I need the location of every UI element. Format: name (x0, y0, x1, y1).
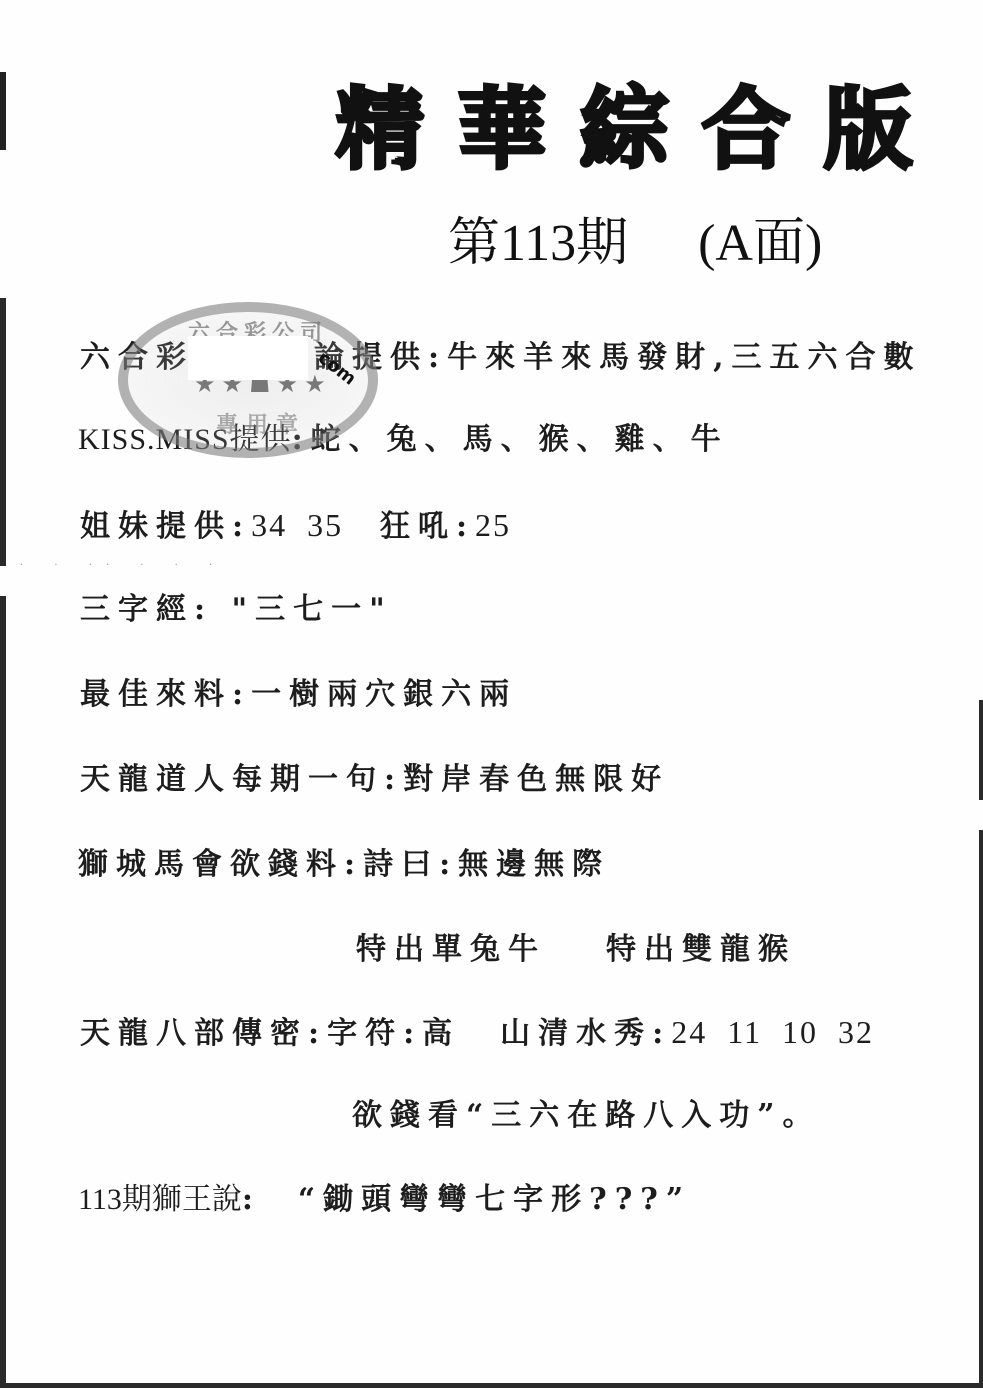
tip-label: 六合彩 (80, 340, 194, 375)
tip-label: 三字經 (80, 592, 194, 627)
tip-text: 欲錢看“三六在路八入功”。 (352, 1098, 821, 1133)
issue-side: (A面) (698, 215, 822, 272)
tip-text: "三七一" (232, 592, 393, 627)
tip-line-3: 姐妹提供:34 35 狂吼:25 (80, 505, 511, 547)
scan-border-left (0, 596, 6, 1388)
issue-heading: 第113期(A面) (448, 212, 822, 276)
tip-text: 詩曰:無邊無際 (363, 847, 610, 882)
tip-line-6: 天龍道人每期一句:對岸春色無限好 (80, 760, 669, 800)
tip-line-7: 獅城馬會欲錢料:詩曰:無邊無際 (78, 845, 610, 885)
tip-text: 對岸春色無限好 (403, 762, 669, 797)
tip-extra-label: 狂吼 (380, 509, 456, 544)
tip-extra-value: 25 (475, 507, 511, 543)
tip-text: 一樹兩穴銀六兩 (251, 677, 517, 712)
tip-line-4: 三字經: "三七一" (80, 590, 393, 630)
tip-label: 113期獅王說 (78, 1183, 242, 1216)
tip-label: 獅城馬會欲錢料 (78, 847, 344, 882)
scan-border-right (979, 700, 983, 800)
scan-border-bottom (0, 1383, 983, 1388)
tip-text: 牛來羊來馬發財,三五六合數 (447, 340, 921, 375)
tip-line-5: 最佳來料:一樹兩穴銀六兩 (80, 675, 517, 715)
tip-numbers: 24 11 10 32 (671, 1014, 874, 1050)
document-title: 精華綜合版 (336, 80, 936, 180)
scan-border-right (979, 830, 983, 1388)
tip-line-8: 特出單兔牛特出雙龍猴 (356, 930, 796, 970)
tip-text: 字符:高 (327, 1016, 460, 1051)
tip-label: 天龍道人每期一句 (80, 762, 384, 797)
issue-number: 第113期 (448, 215, 628, 272)
tip-numbers: 34 35 (251, 507, 343, 543)
tip-line-9: 天龍八部傳密:字符:高山清水秀:24 11 10 32 (80, 1012, 874, 1054)
tip-line-11: 113期獅王說: “鋤頭彎彎七字形???” (78, 1180, 691, 1220)
scanned-document-page: · · ·· · · · 精華綜合版 第113期(A面) 六合彩論提供:牛來羊來… (0, 0, 983, 1388)
tip-text-2: 山清水秀: (500, 1016, 671, 1051)
tip-label: 天龍八部傳密 (80, 1016, 308, 1051)
tip-line-2: KISS.MISS提供:蛇、兔、馬、猴、雞、牛 (78, 420, 729, 460)
tip-label: 最佳來料 (80, 677, 232, 712)
tip-label: 姐妹提供 (80, 509, 232, 544)
redaction-box (188, 336, 308, 380)
scan-border-left (0, 298, 6, 566)
tip-text-2: 特出雙龍猴 (606, 932, 796, 967)
scan-noise: · · ·· · · · (20, 560, 226, 571)
tip-label: KISS.MISS提供 (78, 423, 292, 456)
scan-border-left (0, 72, 6, 150)
tip-line-10: 欲錢看“三六在路八入功”。 (352, 1096, 821, 1136)
tip-text: 蛇、兔、馬、猴、雞、牛 (311, 422, 729, 457)
tip-text: “鋤頭彎彎七字形???” (298, 1182, 691, 1217)
tip-text: 特出單兔牛 (356, 932, 546, 967)
